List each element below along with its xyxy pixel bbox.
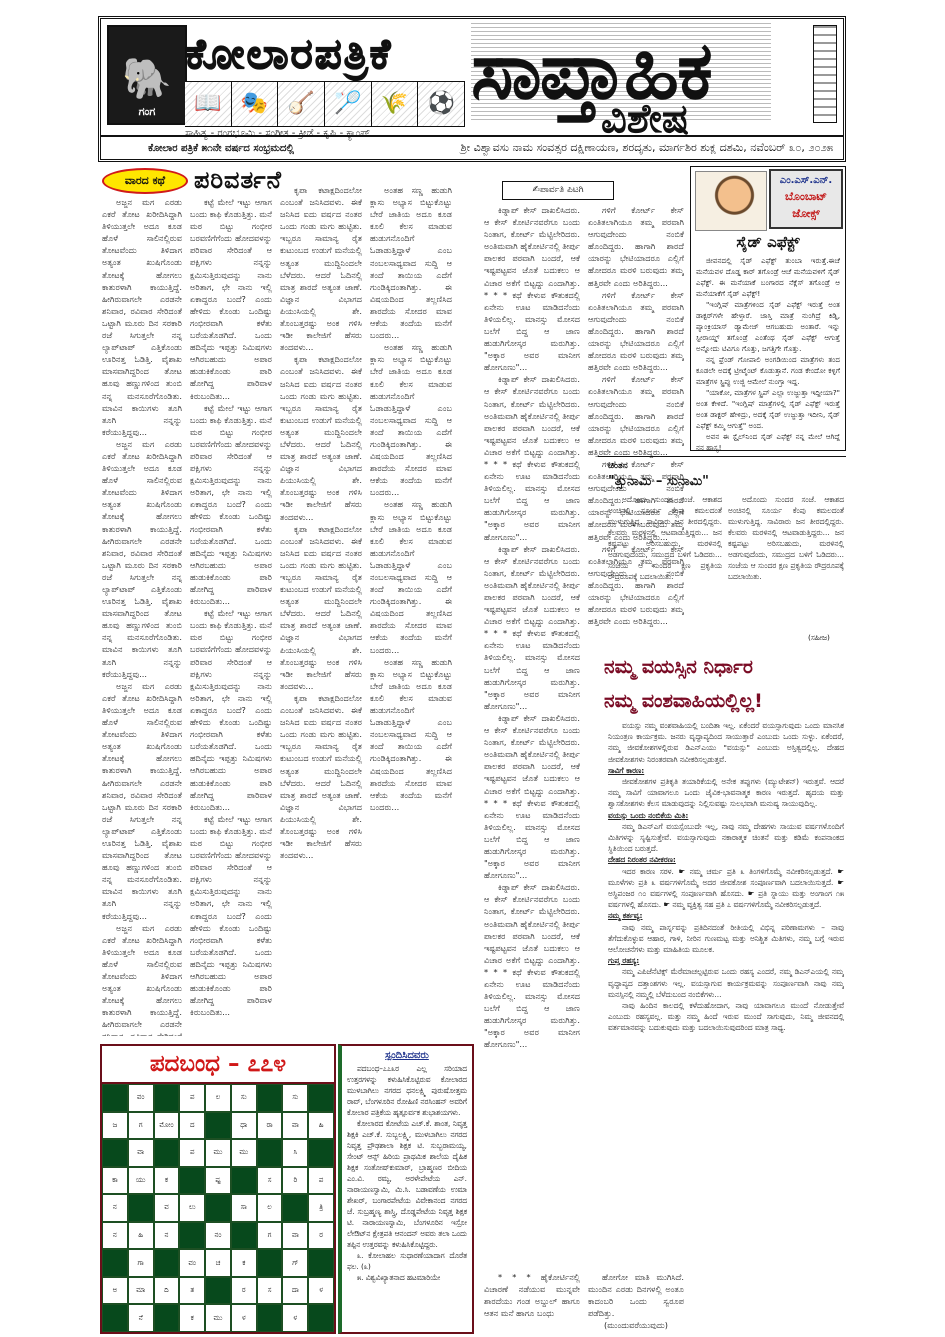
newspaper-page: 🐘 ಗಂಗ ಕೋಲಾರಪತ್ರಿಕೆ 📖 🎭 🪕 🏸 🌾 ⚽ ಸಾಹಿತ್ಯ -… xyxy=(98,16,846,1334)
crossword-cell: ಅ xyxy=(103,1278,127,1304)
crossword-block xyxy=(155,1250,179,1276)
paper-name: ಕೋಲಾರಪತ್ರಿಕೆ xyxy=(185,29,465,79)
crossword-cell: ನೆ xyxy=(129,1305,153,1331)
story-column-5: ಕಿಡ್ನಾಪ್ ಕೇಸ್ ದಾಖಲಿಸಿದರು. ಆ ಕೇಸ್ ಕೋರ್ಟಿನ… xyxy=(484,204,580,1264)
crossword-cell: ಗ್ xyxy=(283,1250,307,1276)
crossword-cell: ಪ xyxy=(180,1140,204,1166)
crossword-cell: ನ xyxy=(155,1223,179,1249)
agriculture-icon: 🌾 xyxy=(372,82,419,126)
crossword-cell: ರ xyxy=(232,1278,256,1304)
building-icon: ⚽ xyxy=(418,82,465,126)
crossword-cell: ಹಿ xyxy=(309,1113,333,1139)
crossword-cell: ಮು xyxy=(232,1140,256,1166)
crossword-cell: ವಾ xyxy=(283,1223,307,1249)
crossword-puzzle: ಪದಬಂಧ – ೭೭೪ ವಂಪಲಸುಸುಜಗಮೋಂದಧಾರಾವಾಹಿವಾಪಮುಮ… xyxy=(100,1044,336,1334)
elephant-logo: 🐘 ಗಂಗ xyxy=(107,25,187,125)
crossword-cell: ದಿ xyxy=(155,1278,179,1304)
crossword-block xyxy=(206,1278,230,1304)
crossword-block xyxy=(309,1085,333,1111)
author-label: ✍ಪಾರ್ವತಿ ಪಿಟಗಿ xyxy=(502,181,614,200)
crossword-cell: ಗ xyxy=(129,1113,153,1139)
crossword-cell: ಲು xyxy=(180,1195,204,1221)
crossword-cell: ಷ್ಟ xyxy=(206,1168,230,1194)
crossword-block xyxy=(206,1195,230,1221)
feature-body: ವಯಸ್ಸು ನಮ್ಮ ವಂಶವಾಹಿಯಲ್ಲಿ ಬಂದಿತಾ ಇಲ್ಲ. ಏಕ… xyxy=(608,720,844,1334)
crossword-cell: ಪ xyxy=(180,1085,204,1111)
joke-body: ಜೀವನದಲ್ಲಿ ಸೈಡ್ ಎಫೆಕ್ಟ್ ತುಂಬಾ ಇರುತ್ತೆ.ಈಚೆ… xyxy=(696,255,840,453)
solvers-heading: ಸ್ಪಂದಿಸಿದವರು xyxy=(347,1050,467,1061)
crossword-cell: ಸಾ xyxy=(232,1195,256,1221)
crossword-block xyxy=(232,1223,256,1249)
crossword-block xyxy=(155,1305,179,1331)
crossword-cell: ನ xyxy=(103,1195,127,1221)
ornament-border xyxy=(813,25,837,123)
crossword-cell: ಳ xyxy=(283,1305,307,1331)
elephant-icon: 🐘 xyxy=(122,57,172,101)
crossword-block xyxy=(309,1140,333,1166)
story-title: ಪರಿವರ್ತನೆ xyxy=(194,166,282,194)
crossword-cell: ತ xyxy=(180,1278,204,1304)
sports-icon: 🏸 xyxy=(325,82,372,126)
weekly-story-badge: ವಾರದ ಕಥೆ xyxy=(102,168,188,194)
crossword-cell: ಲ xyxy=(258,1195,282,1221)
crossword-cell: ಕಾ xyxy=(103,1168,127,1194)
chintana-signature: (ಸಹೀಜ) xyxy=(808,633,830,643)
crossword-cell: ಳ xyxy=(232,1305,256,1331)
crossword-cell: ಲ xyxy=(206,1085,230,1111)
crossword-cell: ವಾ xyxy=(129,1140,153,1166)
crossword-cell: ಚ xyxy=(206,1250,230,1276)
story-column-3: ಕೃಪಾ ಕಟಾಕ್ಷದಿಂದಲೋ ಎಂಬಂತೆ ಜನಿಸಿದವಳು. ಈಕೆ … xyxy=(280,184,362,1036)
crossword-cell: ಪ xyxy=(309,1168,333,1194)
chintana-label: ಚಿಂತನ xyxy=(608,461,628,471)
story-column-5-end: * * * ಹೈಕೋರ್ಟಿನಲ್ಲಿ ವಿಚಾರಣೆ ನಡೆಯುವ ಮುನ್ನ… xyxy=(484,1271,580,1319)
crossword-block xyxy=(103,1305,127,1331)
music-instrument-icon: 🪕 xyxy=(278,82,325,126)
crossword-cell: ಸು xyxy=(232,1085,256,1111)
crossword-cell: ಮು xyxy=(206,1305,230,1331)
logo-label: ಗಂಗ xyxy=(139,105,156,119)
crossword-cell: ಗ xyxy=(258,1223,282,1249)
crossword-cell: ಕ xyxy=(232,1250,256,1276)
crossword-grid: ವಂಪಲಸುಸುಜಗಮೋಂದಧಾರಾವಾಹಿವಾಪಮುಮುಸಿಕಾಯುಕಷ್ಟಸ… xyxy=(102,1084,334,1332)
crossword-block xyxy=(103,1085,127,1111)
crossword-block xyxy=(258,1305,282,1331)
solvers-box: ಸ್ಪಂದಿಸಿದವರು ಪದಬಂಧ–೭೭೩ರ ಎಲ್ಲ ಸರಿಯಾದ ಉತ್ತ… xyxy=(338,1044,474,1334)
crossword-cell: ಸ xyxy=(258,1168,282,1194)
dateline-bar: ಕೋಲಾರ ಪತ್ರಿಕೆ ೫೧ನೇ ವರ್ಷದ ಸಂಭ್ರಮದಲ್ಲಿ ಶ್ರ… xyxy=(101,135,843,159)
crossword-title: ಪದಬಂಧ – ೭೭೪ xyxy=(102,1046,334,1084)
topic-illustrations: 📖 🎭 🪕 🏸 🌾 ⚽ xyxy=(185,81,465,127)
crossword-block xyxy=(103,1140,127,1166)
crossword-block xyxy=(155,1140,179,1166)
crossword-cell: ತ್ರಿ xyxy=(309,1195,333,1221)
crossword-cell: ವಂ xyxy=(180,1250,204,1276)
chintana-title: "ತ್ಸುನಾಮಿ – ಸುನಾಮಿ" xyxy=(608,474,709,489)
feature-headline: ನಮ್ಮ ವಯಸ್ಸಿನ ನಿರ್ಧಾರ ನಮ್ಮ ವಂಶವಾಹಿಯಲ್ಲಿಲ್… xyxy=(604,650,846,718)
story-column-4: ಅಂತಹ ಸಣ್ಣ ಹುಡುಗಿ ಕ್ಲಾಸು ಅಭ್ಯಾಸ ಬಿಟ್ಟುಕೊಟ… xyxy=(370,184,452,1036)
crossword-cell: ಮಾ xyxy=(129,1278,153,1304)
story-column-2: ಕಟ್ಟೆ ಮೇಲೆ ಇಟ್ಟು ಆಗಾಗ ಬಂದು ಕಾಫಿ ಕೊಡುತ್ತಿ… xyxy=(190,196,272,1036)
crossword-block xyxy=(103,1250,127,1276)
crossword-block xyxy=(155,1085,179,1111)
joke-box: ಎಂ.ಎಸ್.ಎನ್. ಬೊಂಬಾಟ್ ಜೋಕ್ಸ್ ಸೈಡ್ ಎಫೆಕ್ಟ್ … xyxy=(690,166,846,451)
crossword-cell: ಸ xyxy=(258,1278,282,1304)
crossword-block xyxy=(180,1223,204,1249)
crossword-cell: ಸು xyxy=(283,1085,307,1111)
crossword-cell: ಯು xyxy=(129,1168,153,1194)
crossword-cell: ಧಾ xyxy=(232,1113,256,1139)
crossword-block xyxy=(206,1113,230,1139)
crossword-cell: ದಾ xyxy=(283,1278,307,1304)
crossword-cell: ರಿ xyxy=(283,1168,307,1194)
theatre-masks-icon: 🎭 xyxy=(232,82,279,126)
crossword-cell: ಳ xyxy=(309,1278,333,1304)
crossword-block xyxy=(258,1085,282,1111)
anniversary-line: ಕೋಲಾರ ಪತ್ರಿಕೆ ೫೧ನೇ ವರ್ಷದ ಸಂಭ್ರಮದಲ್ಲಿ xyxy=(111,143,331,154)
crossword-cell: ಗಾ xyxy=(129,1250,153,1276)
crossword-cell: ನಂ xyxy=(206,1223,230,1249)
crossword-cell: ಮು xyxy=(206,1140,230,1166)
crossword-cell: ವಾ xyxy=(283,1113,307,1139)
crossword-cell: ವ xyxy=(155,1195,179,1221)
crossword-cell: ಕ xyxy=(155,1168,179,1194)
chintana-column-2: ಅದೊಂದು ಸುಂದರ ಸಂಜೆ. ಆಕಾಶದ ಅಂಚಿನಲ್ಲಿ ಸೂರ್ಯ… xyxy=(728,494,844,644)
crossword-cell: ರ xyxy=(309,1223,333,1249)
crossword-cell: ರಾ xyxy=(258,1113,282,1139)
crossword-block xyxy=(283,1195,307,1221)
chintana-column-1: ಅದೊಂದು ಸುಂದರ ಸಂಜೆ. ಆಕಾಶದ ಅಂಚಿನಲ್ಲಿ ಸೂರ್ಯ… xyxy=(608,494,722,644)
crossword-block xyxy=(309,1305,333,1331)
crossword-cell: ದ xyxy=(180,1113,204,1139)
crossword-block xyxy=(309,1250,333,1276)
joke-title: ಸೈಡ್ ಎಫೆಕ್ಟ್ xyxy=(691,233,845,251)
crossword-cell: ನ xyxy=(103,1223,127,1249)
joke-brand: ಎಂ.ಎಸ್.ಎನ್. ಬೊಂಬಾಟ್ ಜೋಕ್ಸ್ xyxy=(769,169,843,229)
book-icon: 📖 xyxy=(185,82,232,126)
story-column-1: ಅಜ್ಜನ ಮಗ ಎರಡು ಎಕರೆ ತೋಟ ಖರೀದಿಸಿದ್ದಾಗಿ ತಿಳ… xyxy=(102,196,182,1036)
divider xyxy=(598,456,846,457)
crossword-block xyxy=(258,1250,282,1276)
crossword-block xyxy=(232,1168,256,1194)
crossword-cell: ಕ xyxy=(180,1305,204,1331)
crossword-cell: ಮೋಂ xyxy=(155,1113,179,1139)
crossword-block xyxy=(129,1195,153,1221)
crossword-block xyxy=(180,1168,204,1194)
crossword-cell: ಹಿ xyxy=(129,1223,153,1249)
crossword-cell: ಜ xyxy=(103,1113,127,1139)
date-line: ಶ್ರೀ ವಿಶ್ವಾವಸು ನಾಮ ಸಂವತ್ಸರ ದಕ್ಷಿಣಾಯಣ, ಶರ… xyxy=(331,141,833,155)
crossword-cell: ವಂ xyxy=(129,1085,153,1111)
crossword-cell: ಸಿ xyxy=(283,1140,307,1166)
masthead: 🐘 ಗಂಗ ಕೋಲಾರಪತ್ರಿಕೆ 📖 🎭 🪕 🏸 🌾 ⚽ ಸಾಹಿತ್ಯ -… xyxy=(98,16,846,162)
caricature-image xyxy=(695,171,767,231)
crossword-block xyxy=(258,1140,282,1166)
